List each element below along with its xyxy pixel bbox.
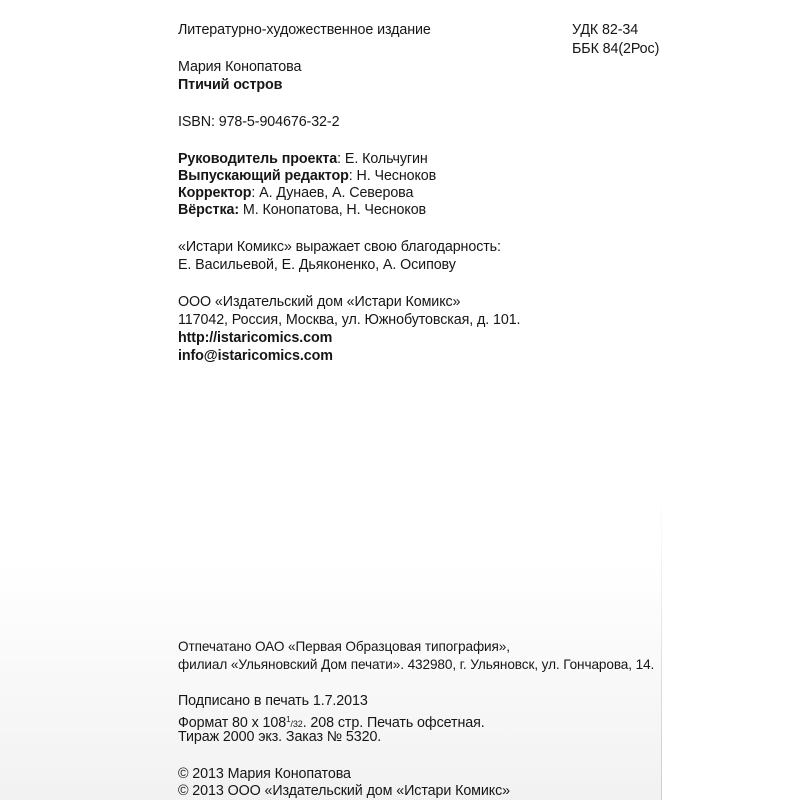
credit-proofreader: Корректор: А. Дунаев, А. Северова xyxy=(178,185,413,202)
credit-role: Вёрстка: xyxy=(178,202,239,218)
printing-line-2: филиал «Ульяновский Дом печати». 432980,… xyxy=(178,656,654,673)
copyright-publisher: © 2013 ООО «Издательский дом «Истари Ком… xyxy=(178,783,510,800)
credit-project-lead: Руководитель проекта: Е. Кольчугин xyxy=(178,151,428,168)
credit-sep: : xyxy=(337,151,345,167)
credit-role: Корректор xyxy=(178,185,251,201)
printing-line-1: Отпечатано ОАО «Первая Образцовая типогр… xyxy=(178,638,510,655)
print-run: Тираж 2000 экз. Заказ № 5320. xyxy=(178,729,381,746)
credit-layout: Вёрстка: М. Конопатова, Н. Чесноков xyxy=(178,202,426,219)
bbk-code: ББК 84(2Рос) xyxy=(572,41,659,58)
thanks-line-1: «Истари Комикс» выражает свою благодарно… xyxy=(178,239,501,256)
book-title: Птичий остров xyxy=(178,77,282,94)
credit-role: Выпускающий редактор xyxy=(178,168,349,184)
credit-names: А. Дунаев, А. Северова xyxy=(259,185,413,201)
copyright-author: © 2013 Мария Конопатова xyxy=(178,766,351,783)
publisher-website-link[interactable]: http://istaricomics.com xyxy=(178,330,332,347)
publisher-name: ООО «Издательский дом «Истари Комикс» xyxy=(178,294,460,311)
genre-label: Литературно-художественное издание xyxy=(178,22,431,39)
credit-sep: : xyxy=(349,168,357,184)
publisher-address: 117042, Россия, Москва, ул. Южнобутовска… xyxy=(178,312,520,329)
credit-sep: : xyxy=(251,185,259,201)
credit-names: М. Конопатова, Н. Чесноков xyxy=(243,202,426,218)
publisher-email-link[interactable]: info@istaricomics.com xyxy=(178,348,333,365)
thanks-line-2: Е. Васильевой, Е. Дьяконенко, А. Осипову xyxy=(178,257,456,274)
book-imprint-page: Литературно-художественное издание УДК 8… xyxy=(0,0,800,800)
udk-code: УДК 82-34 xyxy=(572,22,638,39)
signed-to-print: Подписано в печать 1.7.2013 xyxy=(178,693,368,710)
credit-names: Н. Чесноков xyxy=(357,168,437,184)
format-sub: /32 xyxy=(290,719,302,729)
credit-editor: Выпускающий редактор: Н. Чесноков xyxy=(178,168,436,185)
isbn: ISBN: 978-5-904676-32-2 xyxy=(178,114,339,131)
author-name: Мария Конопатова xyxy=(178,59,301,76)
page-shadow xyxy=(0,560,662,800)
credit-role: Руководитель проекта xyxy=(178,151,337,167)
credit-names: Е. Кольчугин xyxy=(345,151,428,167)
page-edge xyxy=(661,490,662,800)
